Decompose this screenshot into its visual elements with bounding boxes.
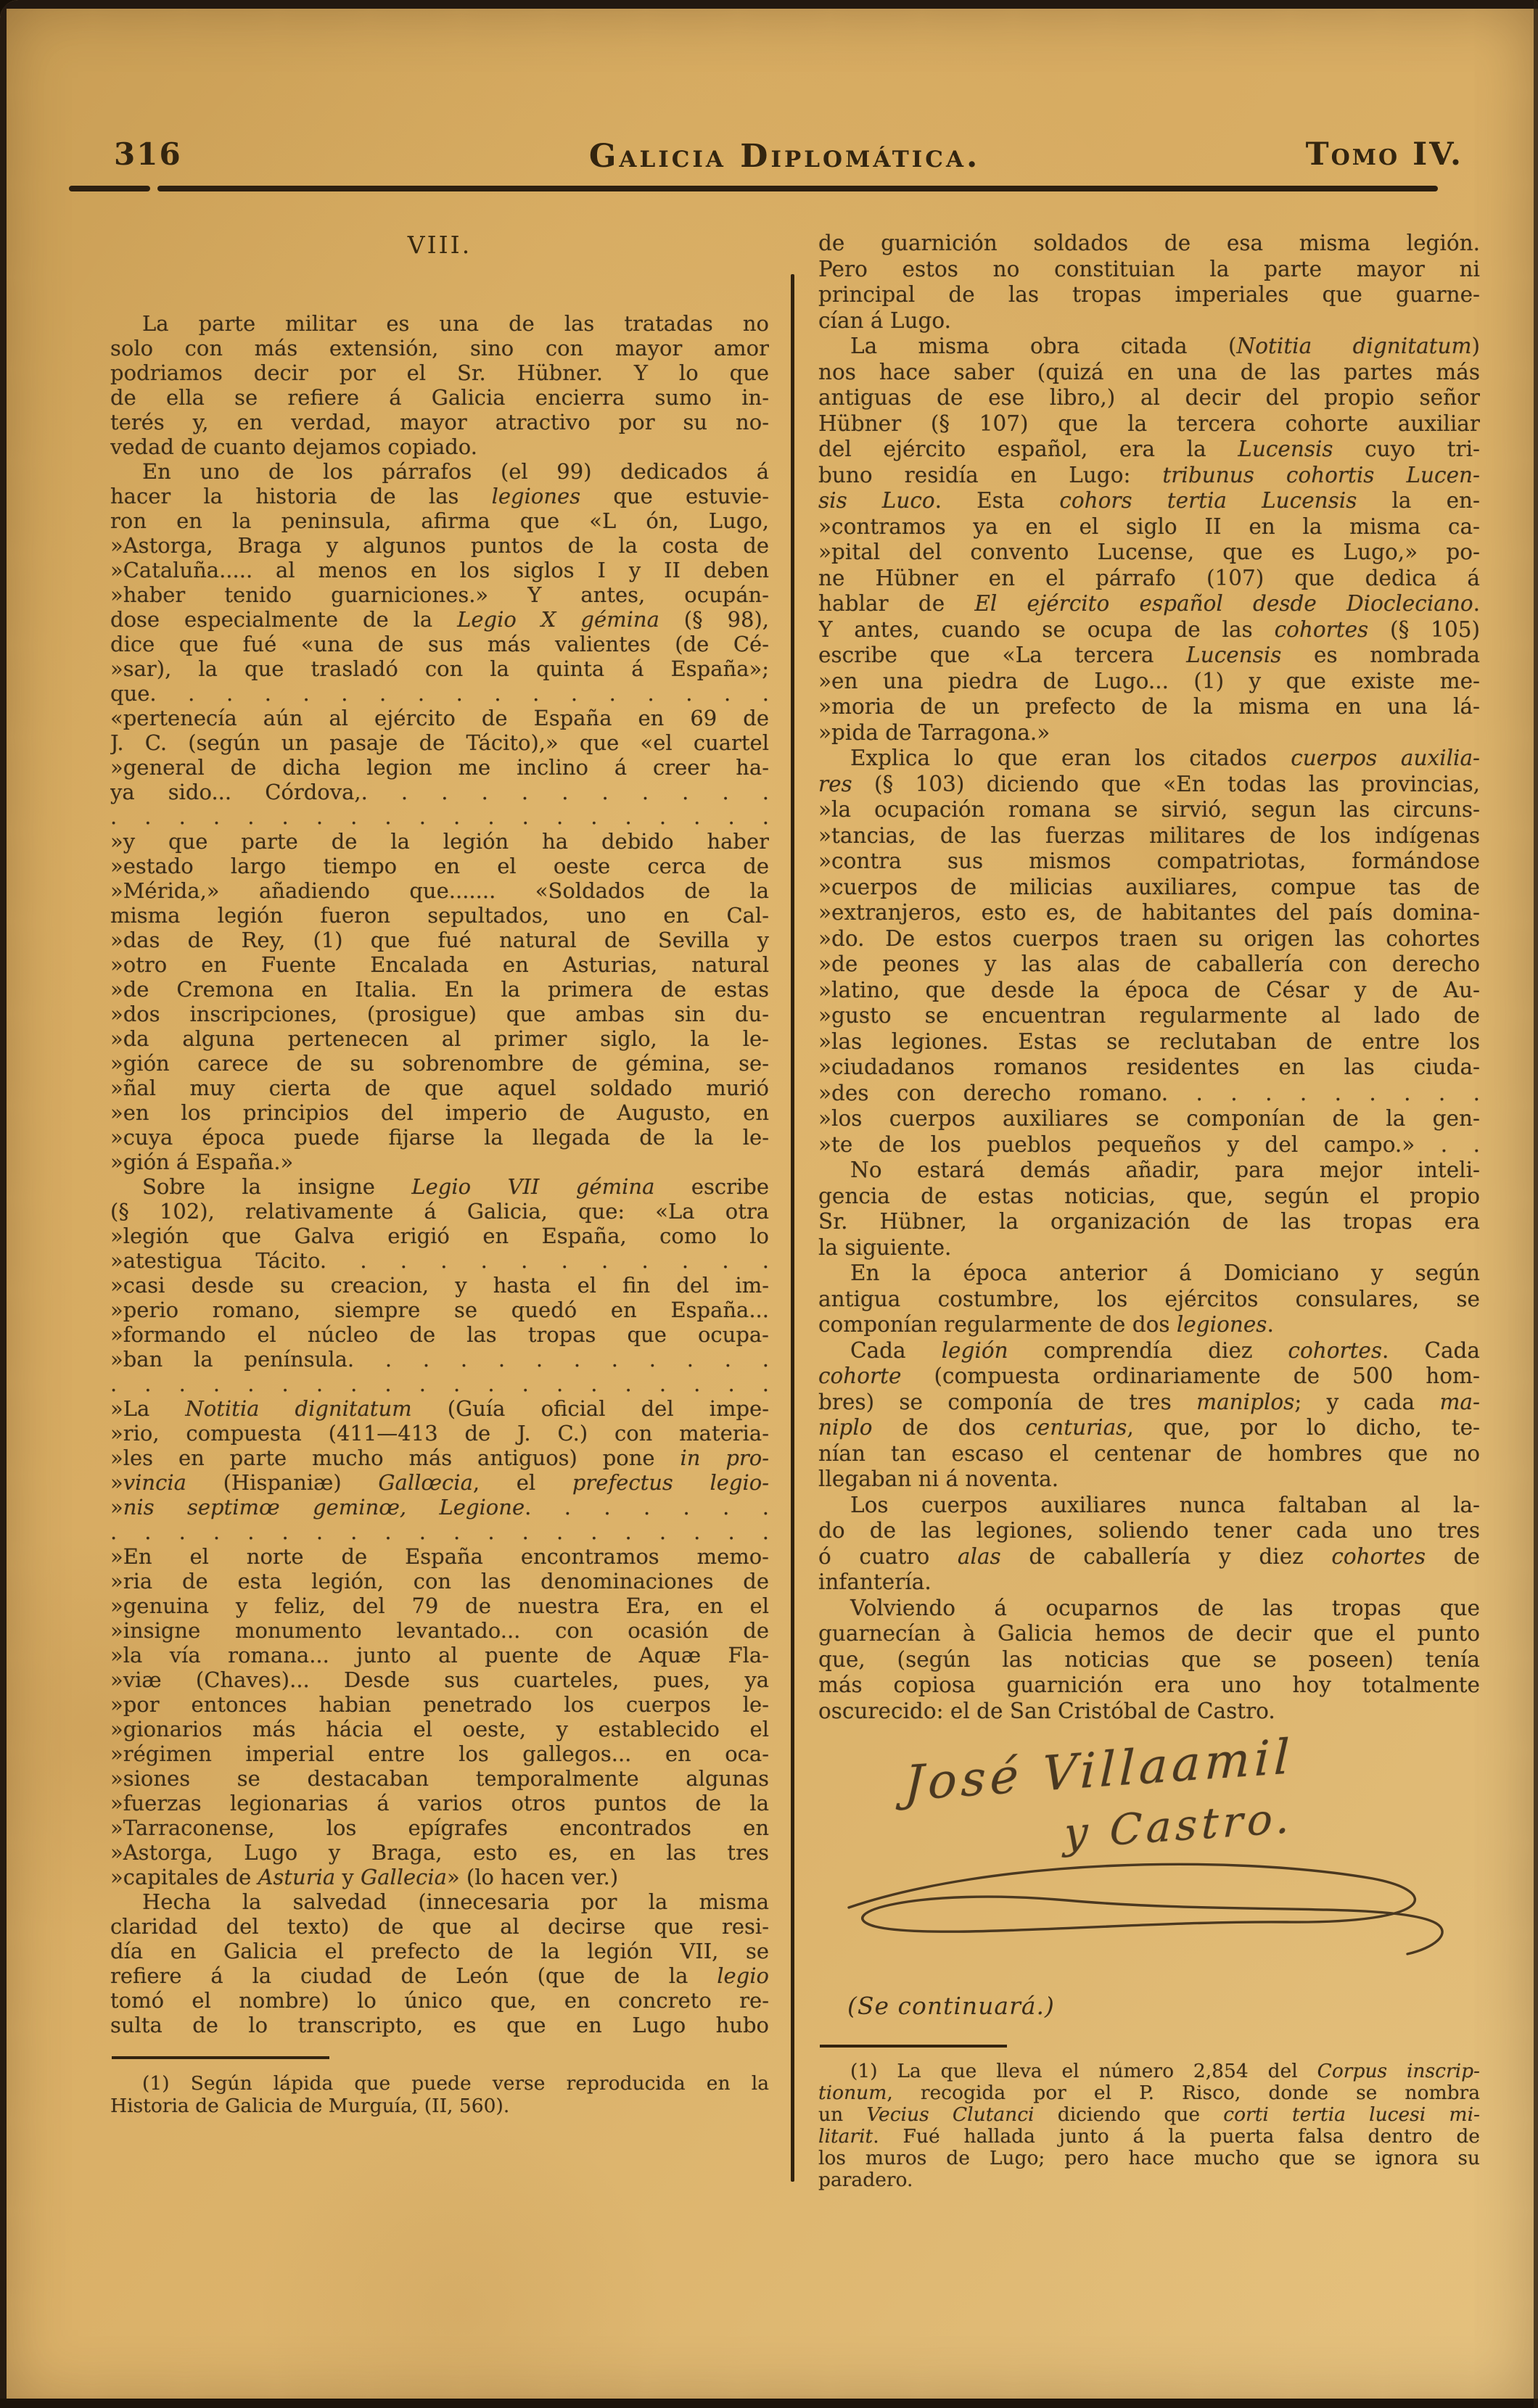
text-line: »des con derecho romano. . . . . . . . .…	[818, 1081, 1480, 1107]
text-line: »pital del convento Lucense, que es Lugo…	[818, 540, 1480, 566]
text-line: del ejército español, era la Lucensis cu…	[818, 437, 1480, 463]
text-line: de ella se refiere á Galicia encierra su…	[110, 385, 769, 410]
text-line: misma legión fueron sepultados, uno en C…	[110, 903, 769, 928]
text-line: bres) se componía de tres maniplos; y ca…	[818, 1390, 1480, 1416]
column-divider	[791, 274, 794, 2182]
left-footnote: (1) Según lápida que puede verse reprodu…	[110, 2072, 769, 2117]
right-column-text: de guarnición soldados de esa misma legi…	[818, 231, 1480, 1724]
page-edge-top	[0, 0, 1538, 9]
text-line: dose especialmente de la Legio X gémina …	[110, 607, 769, 632]
header-rule-left	[69, 186, 150, 191]
text-line: solo con más extensión, sino con mayor a…	[110, 336, 769, 360]
text-line: »La Notitia dignitatum (Guía oficial del…	[110, 1396, 769, 1421]
text-line: »Tarraconense, los epígrafes encontrados…	[110, 1815, 769, 1840]
text-line: antiguas de ese libro,) al decir del pro…	[818, 385, 1480, 411]
text-line: (§ 102), relativamente á Galicia, que: «…	[110, 1199, 769, 1224]
text-line: »viæ (Chaves)... Desde sus cuarteles, pu…	[110, 1667, 769, 1692]
text-line: »da alguna pertenecen al primer siglo, l…	[110, 1026, 769, 1051]
text-line: de guarnición soldados de esa misma legi…	[818, 231, 1480, 257]
text-line: »la ocupación romana se sirvió, segun la…	[818, 797, 1480, 823]
page-edge-bottom	[0, 2399, 1538, 2408]
paragraph: Hecha la salvedad (innecesaria por la mi…	[110, 1889, 769, 2037]
text-line: Explica lo que eran los citados cuerpos …	[818, 746, 1480, 772]
text-line: »gión á España.»	[110, 1150, 769, 1174]
text-line: »dos inscripciones, (prosigue) que ambas…	[110, 1002, 769, 1026]
text-line: que. . . . . . . . . . . . . . . . .	[110, 681, 769, 706]
text-line: cían á Lugo.	[818, 308, 1480, 334]
paragraph: de guarnición soldados de esa misma legi…	[818, 231, 1480, 334]
text-line: »general de dicha legion me inclino á cr…	[110, 755, 769, 780]
footnote-rule	[820, 2045, 1007, 2048]
text-line: refiere á la ciudad de León (que de la l…	[110, 1963, 769, 1988]
text-line: »das de Rey, (1) que fué natural de Sevi…	[110, 928, 769, 952]
text-line: »contramos ya en el siglo II en la misma…	[818, 514, 1480, 540]
text-line: ya sido... Córdova,. . . . . . . . . . .	[110, 780, 769, 804]
text-line: »los cuerpos auxiliares se componían de …	[818, 1106, 1480, 1132]
paragraph: Cada legión comprendía diez cohortes. Ca…	[818, 1338, 1480, 1493]
text-line: buno residía en Lugo: tribunus cohortis …	[818, 463, 1480, 489]
text-line: »latino, que desde la época de César y d…	[818, 978, 1480, 1004]
text-line: componían regularmente de dos legiones.	[818, 1312, 1480, 1338]
text-line: nos hace saber (quizá en una de las part…	[818, 360, 1480, 386]
paragraph: (1) La que lleva el número 2,854 del Cor…	[818, 2061, 1480, 2191]
text-line: »gusto se encuentran regularmente al lad…	[818, 1003, 1480, 1029]
text-line: »genuina y feliz, del 79 de nuestra Era,…	[110, 1593, 769, 1618]
footnote-rule	[112, 2056, 329, 2059]
signature-flourish	[823, 1838, 1461, 1961]
text-line: Cada legión comprendía diez cohortes. Ca…	[818, 1338, 1480, 1364]
text-line: En la época anterior á Domiciano y según	[818, 1261, 1480, 1287]
text-line: »fuerzas legionarias á varios otros punt…	[110, 1791, 769, 1815]
paragraph: Volviendo á ocuparnos de las tropas queg…	[818, 1596, 1480, 1725]
text-line: ron en la peninsula, afirma que «L ón, L…	[110, 508, 769, 533]
text-line: »pida de Tarragona.»	[818, 720, 1480, 746]
text-line: »formando el núcleo de las tropas que oc…	[110, 1322, 769, 1347]
text-line: »ciudadanos romanos residentes en las ci…	[818, 1055, 1480, 1081]
paragraph: No estará demás añadir, para mejor intel…	[818, 1158, 1480, 1261]
text-line: gencia de estas noticias, que, según el …	[818, 1184, 1480, 1210]
text-line: »gionarios más hácia el oeste, y estable…	[110, 1717, 769, 1741]
text-line: »te de los pueblos pequeños y del campo.…	[818, 1132, 1480, 1158]
text-line: »perio romano, siempre se quedó en Españ…	[110, 1298, 769, 1322]
continuation-note: (Se continuará.)	[847, 1992, 1480, 2020]
text-line: »en una piedra de Lugo... (1) y que exis…	[818, 669, 1480, 695]
text-line: »insigne monumento levantado... con ocas…	[110, 1618, 769, 1643]
text-line: »rio, compuesta (411—413 de J. C.) con m…	[110, 1421, 769, 1446]
text-line: En uno de los párrafos (el 99) dedicados…	[110, 459, 769, 484]
left-column: VIII. La parte militar es una de las tra…	[110, 231, 769, 2117]
page-edge-left	[0, 0, 7, 2408]
page-header: 316 Galicia Diplomática. Tomo IV.	[69, 135, 1469, 178]
text-line: La misma obra citada (Notitia dignitatum…	[818, 334, 1480, 360]
text-line: . . . . . . . . . . . . . . . . . . . .	[110, 1520, 769, 1544]
text-line: Volviendo á ocuparnos de las tropas que	[818, 1596, 1480, 1622]
text-line: sis Luco. Esta cohors tertia Lucensis la…	[818, 488, 1480, 514]
text-line: «pertenecía aún al ejército de España en…	[110, 706, 769, 730]
text-line: »ban la península. . . . . . . . . . . .	[110, 1347, 769, 1372]
text-line: Hübner (§ 107) que la tercera cohorte au…	[818, 411, 1480, 437]
text-line: vedad de cuanto dejamos copiado.	[110, 434, 769, 459]
text-line: »por entonces habian penetrado los cuerp…	[110, 1692, 769, 1717]
text-line: que, (según las noticias que se poseen) …	[818, 1647, 1480, 1673]
text-line: »casi desde su creacion, y hasta el fin …	[110, 1273, 769, 1298]
text-line: »cuya época puede fijarse la llegada de …	[110, 1125, 769, 1150]
journal-title: Galicia Diplomática.	[589, 138, 981, 175]
text-line: sulta de lo transcripto, es que en Lugo …	[110, 2013, 769, 2037]
text-line: paradero.	[818, 2169, 1480, 2191]
text-line: ó cuatro alas de caballería y diez cohor…	[818, 1544, 1480, 1570]
text-line: »régimen imperial entre los gallegos... …	[110, 1741, 769, 1766]
text-line: infantería.	[818, 1570, 1480, 1596]
signature: José Villaamil y Castro.	[818, 1736, 1480, 1961]
text-line: »extranjeros, esto es, de habitantes del…	[818, 900, 1480, 926]
text-line: principal de las tropas imperiales que g…	[818, 282, 1480, 308]
text-line: antigua costumbre, los ejércitos consula…	[818, 1287, 1480, 1313]
text-line: (1) Según lápida que puede verse reprodu…	[110, 2072, 769, 2095]
text-line: terés y, en verdad, mayor atractivo por …	[110, 410, 769, 434]
text-line: nían tan escaso el centenar de hombres q…	[818, 1441, 1480, 1467]
scanned-page: 316 Galicia Diplomática. Tomo IV. VIII. …	[0, 0, 1538, 2408]
text-line: la siguiente.	[818, 1235, 1480, 1261]
text-line: »otro en Fuente Encalada en Asturias, na…	[110, 952, 769, 977]
text-line: »la vía romana... junto al puente de Aqu…	[110, 1643, 769, 1667]
text-line: día en Galicia el prefecto de la legión …	[110, 1939, 769, 1963]
paragraph: Los cuerpos auxiliares nunca faltaban al…	[818, 1493, 1480, 1596]
text-line: un Vecius Clutanci diciendo que corti te…	[818, 2104, 1480, 2126]
text-line: do de las legiones, soliendo tener cada …	[818, 1518, 1480, 1544]
text-line: tionum, recogida por el P. Risco, donde …	[818, 2082, 1480, 2104]
text-line: »gión carece de su sobrenombre de gémina…	[110, 1051, 769, 1076]
text-line: dice que fué «una de sus más valientes (…	[110, 632, 769, 656]
text-line: »Mérida,» añadiendo que....... «Soldados…	[110, 878, 769, 903]
text-line: »las legiones. Estas se reclutaban de en…	[818, 1029, 1480, 1055]
text-line: (1) La que lleva el número 2,854 del Cor…	[818, 2061, 1480, 2082]
text-line: Pero estos no constituian la parte mayor…	[818, 257, 1480, 283]
text-line: »Astorga, Lugo y Braga, esto es, en las …	[110, 1840, 769, 1865]
paragraph: Explica lo que eran los citados cuerpos …	[818, 746, 1480, 1158]
text-line: »atestigua Tácito. . . . . . . . . . . .	[110, 1248, 769, 1273]
text-line: los muros de Lugo; pero hace mucho que s…	[818, 2148, 1480, 2169]
text-line: »contra sus mismos compatriotas, formánd…	[818, 849, 1480, 875]
text-line: oscurecido: el de San Cristóbal de Castr…	[818, 1699, 1480, 1725]
text-line: »moria de un prefecto de la misma en una…	[818, 694, 1480, 720]
text-line: llegaban ni á noventa.	[818, 1467, 1480, 1493]
text-line: J. C. (según un pasaje de Tácito),» que …	[110, 730, 769, 755]
text-line: Sr. Hübner, la organización de las tropa…	[818, 1209, 1480, 1235]
paragraph: La misma obra citada (Notitia dignitatum…	[818, 334, 1480, 746]
text-line: »En el norte de España encontramos memo-	[110, 1544, 769, 1569]
text-line: . . . . . . . . . . . . . . . . . . . .	[110, 1372, 769, 1396]
text-line: »de peones y las alas de caballería con …	[818, 952, 1480, 978]
text-line: . . . . . . . . . . . . . . . . . . . .	[110, 804, 769, 829]
section-heading: VIII.	[110, 231, 769, 259]
page-edge-right	[1534, 0, 1538, 2408]
text-line: »sar), la que trasladó con la quinta á E…	[110, 656, 769, 681]
text-line: más copiosa guarnición era uno hoy total…	[818, 1673, 1480, 1699]
text-line: »tancias, de las fuerzas militares de lo…	[818, 823, 1480, 849]
text-line: »nis septimœ geminœ, Legione. . . . . . …	[110, 1495, 769, 1520]
text-line: »ñal muy cierta de que aquel soldado mur…	[110, 1076, 769, 1100]
paragraph: (1) Según lápida que puede verse reprodu…	[110, 2072, 769, 2117]
header-rule-main	[157, 186, 1438, 191]
text-line: Y antes, cuando se ocupa de las cohortes…	[818, 617, 1480, 643]
text-line: hablar de El ejército español desde Dioc…	[818, 591, 1480, 617]
paragraph: La parte militar es una de las tratadas …	[110, 311, 769, 459]
volume-label: Tomo IV.	[1306, 136, 1463, 173]
text-line: escribe que «La tercera Lucensis es nomb…	[818, 643, 1480, 669]
text-line: No estará demás añadir, para mejor intel…	[818, 1158, 1480, 1184]
paragraph: En la época anterior á Domiciano y según…	[818, 1261, 1480, 1338]
text-line: »estado largo tiempo en el oeste cerca d…	[110, 854, 769, 878]
text-line: litarit. Fué hallada junto á la puerta f…	[818, 2126, 1480, 2148]
text-line: »les en parte mucho más antiguos) pone i…	[110, 1446, 769, 1470]
text-line: Los cuerpos auxiliares nunca faltaban al…	[818, 1493, 1480, 1519]
text-line: »do. De estos cuerpos traen su origen la…	[818, 926, 1480, 952]
paragraph: Sobre la insigne Legio VII gémina escrib…	[110, 1174, 769, 1889]
text-line: »ria de esta legión, con las denominacio…	[110, 1569, 769, 1593]
text-line: »haber tenido guarniciones.» Y antes, oc…	[110, 582, 769, 607]
text-line: Sobre la insigne Legio VII gémina escrib…	[110, 1174, 769, 1199]
text-line: »en los principios del imperio de August…	[110, 1100, 769, 1125]
text-line: res (§ 103) diciendo que «En todas las p…	[818, 772, 1480, 798]
text-line: Hecha la salvedad (innecesaria por la mi…	[110, 1889, 769, 1914]
paragraph: En uno de los párrafos (el 99) dedicados…	[110, 459, 769, 1174]
left-column-text: La parte militar es una de las tratadas …	[110, 311, 769, 2037]
text-line: »legión que Galva erigió en España, como…	[110, 1224, 769, 1248]
text-line: »Astorga, Braga y algunos puntos de la c…	[110, 533, 769, 558]
text-line: Historia de Galicia de Murguía, (II, 560…	[110, 2095, 769, 2117]
text-line: »cuerpos de milicias auxiliares, compue …	[818, 875, 1480, 901]
right-column: de guarnición soldados de esa misma legi…	[818, 231, 1480, 2191]
text-line: »vincia (Hispaniæ) Gallœcia, el prefectu…	[110, 1470, 769, 1495]
text-line: niplo de dos centurias, que, por lo dich…	[818, 1415, 1480, 1441]
text-line: »y que parte de la legión ha debido habe…	[110, 829, 769, 854]
text-line: hacer la historia de las legiones que es…	[110, 484, 769, 508]
text-line: ne Hübner en el párrafo (107) que dedica…	[818, 566, 1480, 592]
text-line: tomó el nombre) lo único que, en concret…	[110, 1988, 769, 2013]
right-footnote: (1) La que lleva el número 2,854 del Cor…	[818, 2061, 1480, 2191]
text-line: »Cataluña..... al menos en los siglos I …	[110, 558, 769, 582]
text-line: »capitales de Asturia y Gallecia» (lo ha…	[110, 1865, 769, 1889]
text-line: podriamos decir por el Sr. Hübner. Y lo …	[110, 360, 769, 385]
text-line: guarnecían à Galicia hemos de decir que …	[818, 1621, 1480, 1647]
page-number: 316	[114, 136, 182, 172]
text-line: »de Cremona en Italia. En la primera de …	[110, 977, 769, 1002]
text-line: claridad del texto) de que al decirse qu…	[110, 1914, 769, 1939]
text-line: La parte militar es una de las tratadas …	[110, 311, 769, 336]
text-line: cohorte (compuesta ordinariamente de 500…	[818, 1364, 1480, 1390]
text-line: »siones se destacaban temporalmente algu…	[110, 1766, 769, 1791]
